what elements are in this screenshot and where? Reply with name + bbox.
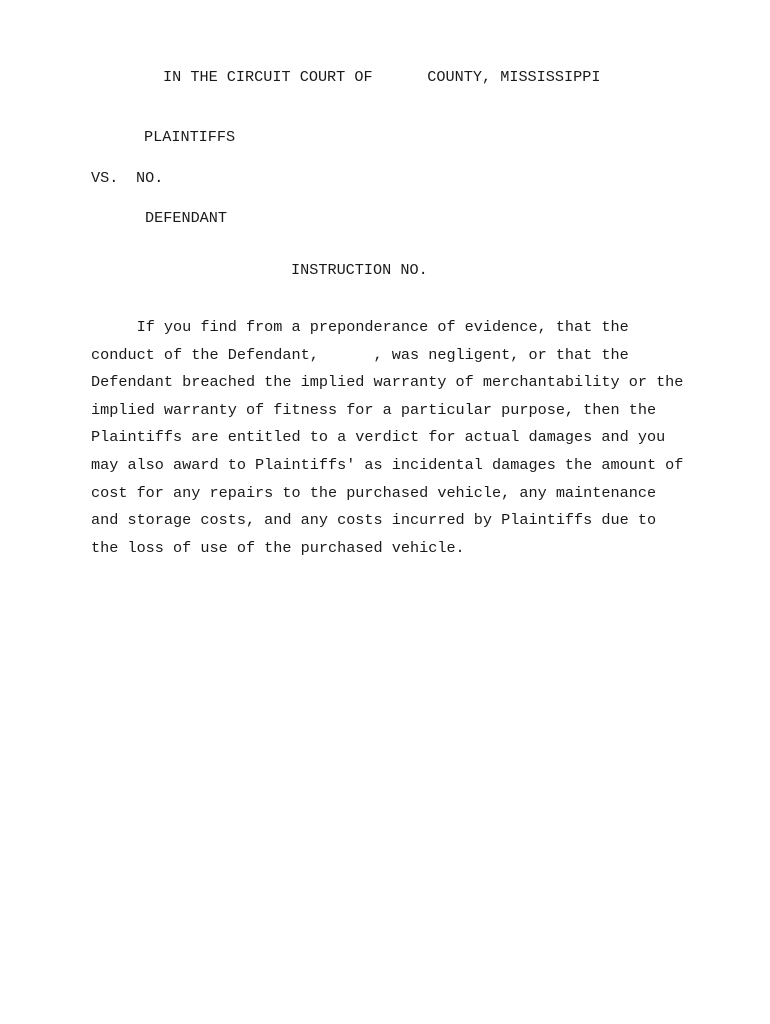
court-title: IN THE CIRCUIT COURT OF COUNTY, MISSISSI…	[163, 64, 600, 92]
document-page: IN THE CIRCUIT COURT OF COUNTY, MISSISSI…	[0, 0, 770, 1024]
case-number-label: NO.	[136, 165, 163, 193]
vs-label: VS.	[91, 165, 118, 193]
instruction-body-paragraph: If you find from a preponderance of evid…	[91, 314, 731, 562]
instruction-number-heading: INSTRUCTION NO.	[291, 257, 428, 285]
defendant-label: DEFENDANT	[145, 205, 227, 233]
plaintiffs-label: PLAINTIFFS	[144, 124, 235, 152]
